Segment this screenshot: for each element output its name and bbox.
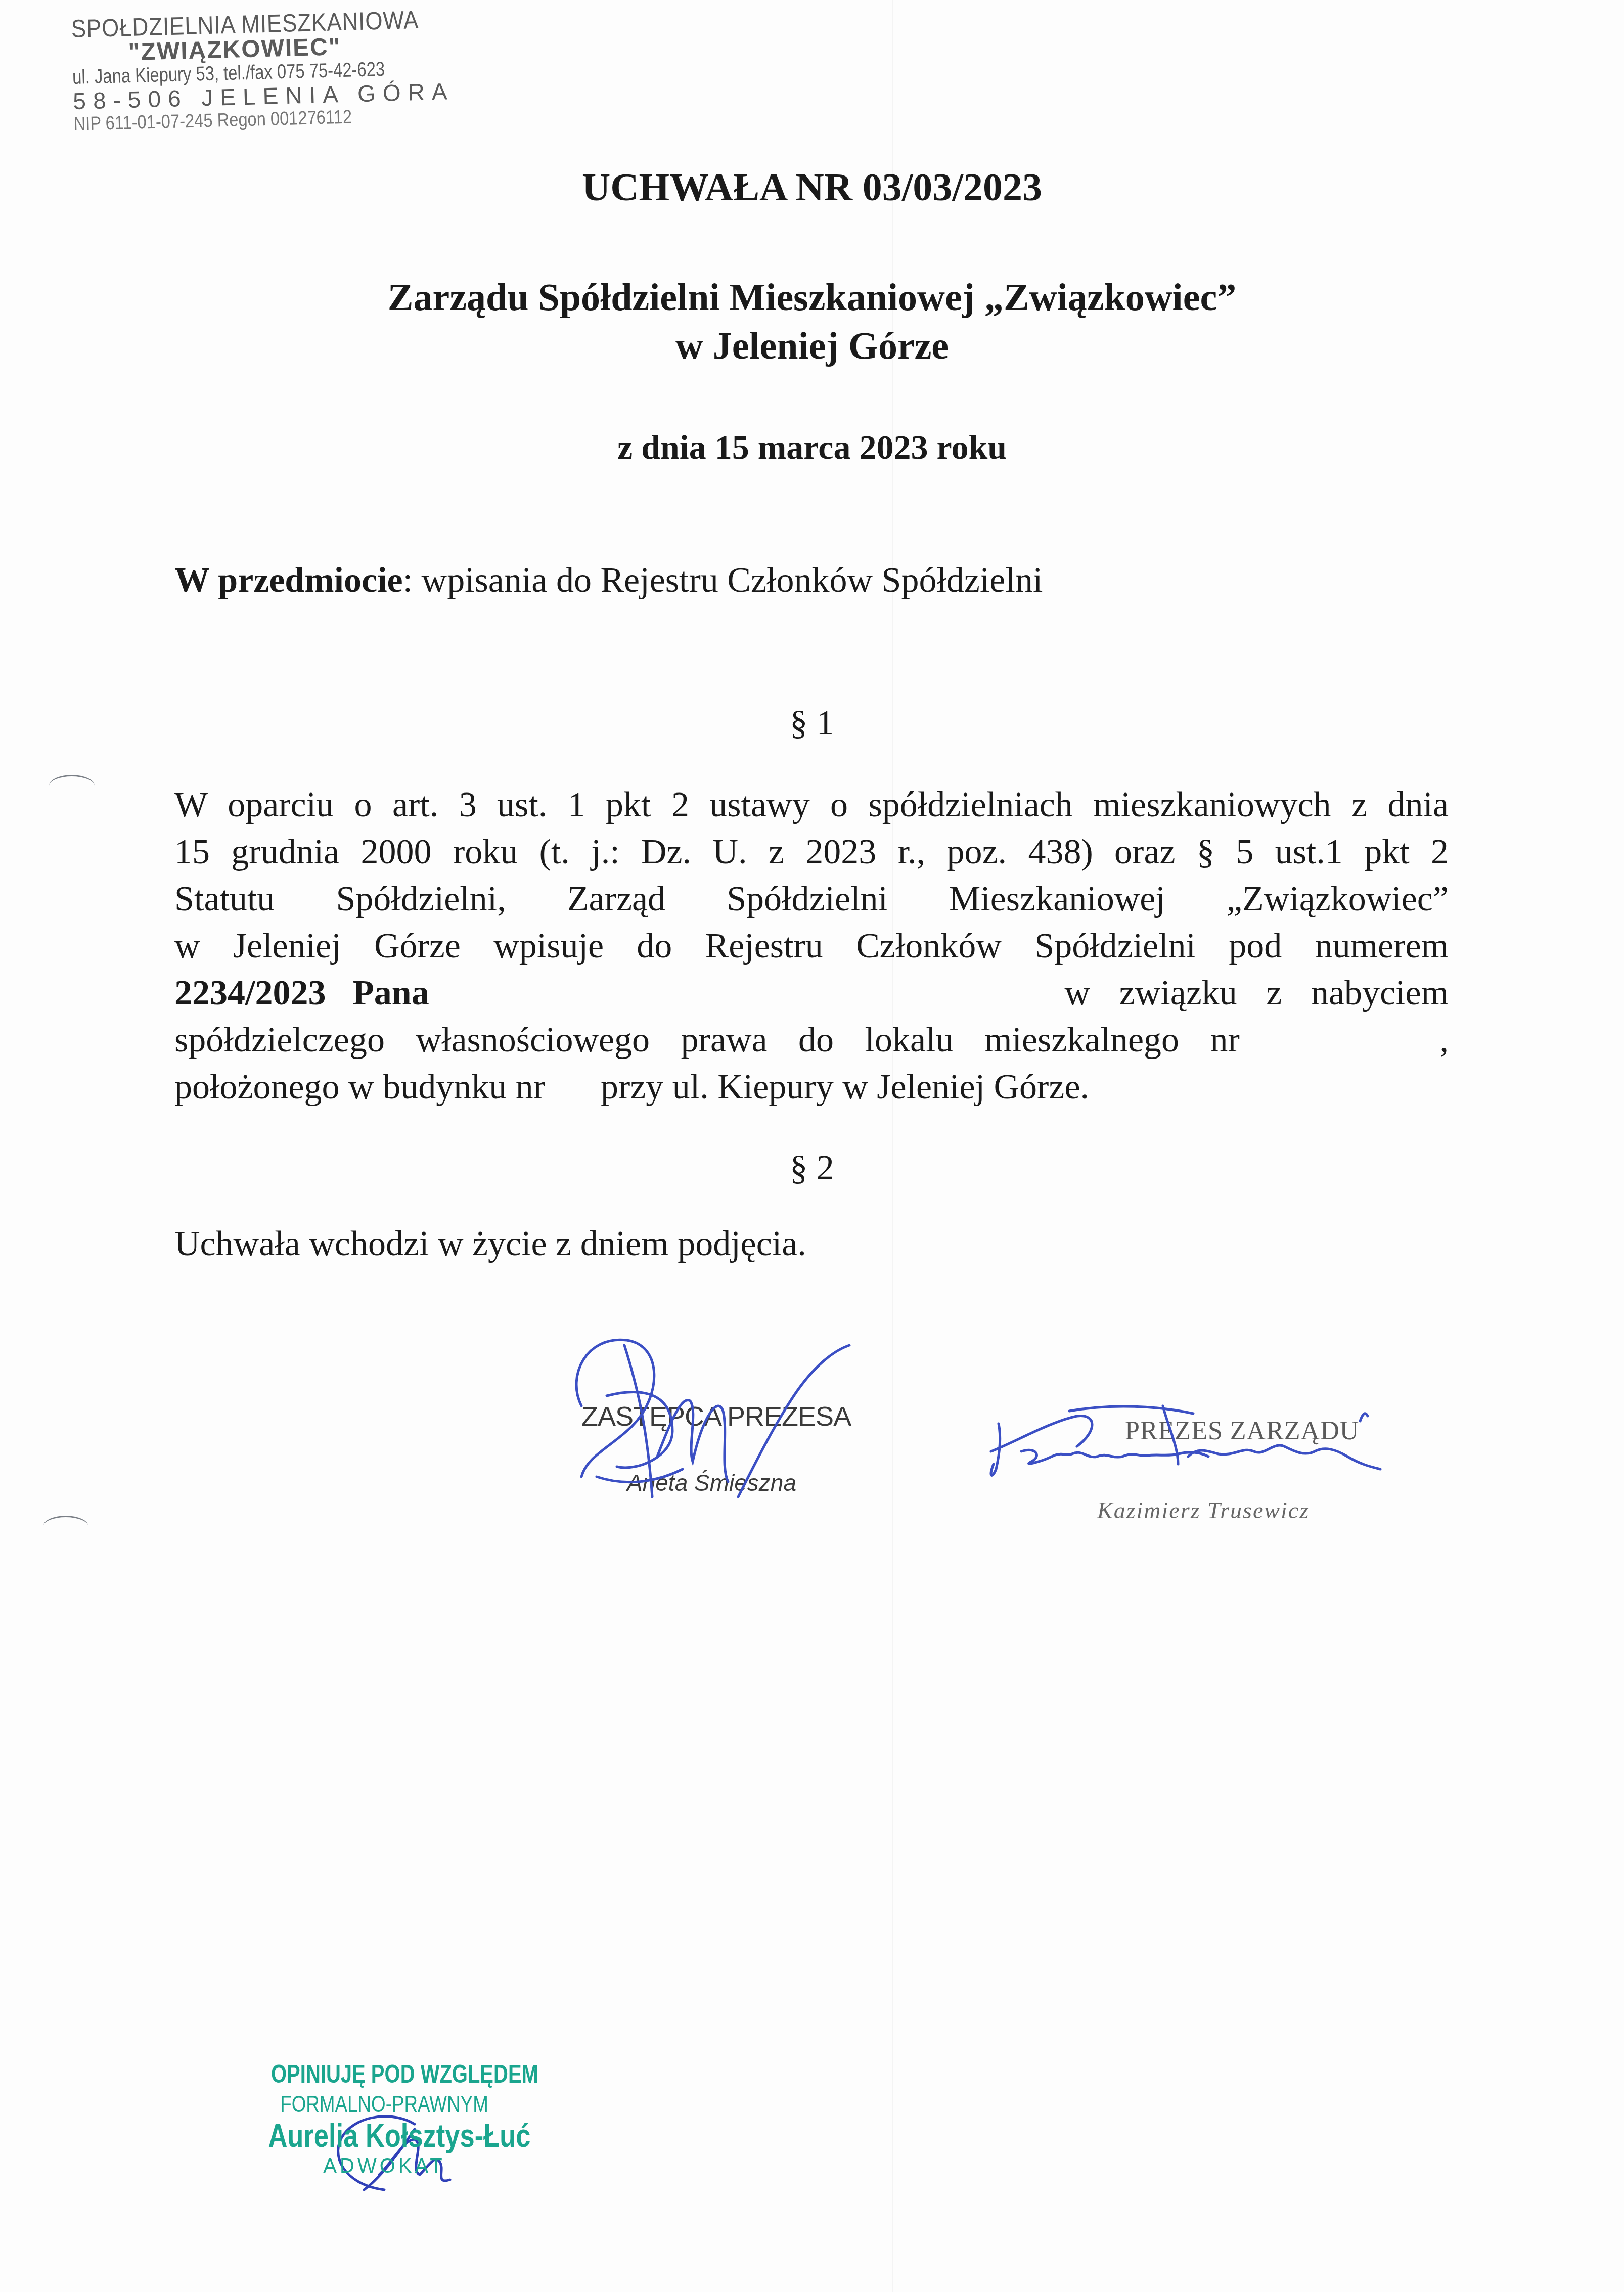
street-text: przy ul. Kiepury w Jeleniej Górze.: [601, 1068, 1089, 1107]
section-1-line: Statutu Spółdzielni, Zarząd Spółdzielni …: [174, 875, 1449, 922]
member-id-group: 2234/2023 Pana: [174, 969, 429, 1017]
unit-comma: ,: [1440, 1017, 1449, 1064]
legal-approval-stamp: OPINIUJĘ POD WZGLĘDEM FORMALNO-PRAWNYM A…: [243, 2058, 526, 2179]
issuer-line-2: w Jeleniej Górze: [0, 322, 1624, 370]
issuer-line-1: Zarządu Spółdzielni Mieszkaniowej „Związ…: [0, 273, 1624, 322]
section-1-body: W oparciu o art. 3 ust. 1 pkt 2 ustawy o…: [174, 781, 1449, 1111]
resolution-title: UCHWAŁA NR 03/03/2023: [0, 164, 1624, 210]
punch-hole-mark: [43, 1516, 88, 1537]
section-1-line: w Jeleniej Górze wpisuje do Rejestru Czł…: [174, 922, 1449, 969]
acquisition-text: w związku z nabyciem: [1065, 969, 1449, 1017]
building-text: położonego w budynku nr: [174, 1068, 545, 1107]
member-number: 2234/2023: [174, 974, 326, 1012]
deputy-president-title: ZASTĘPCA PREZESA: [581, 1401, 851, 1432]
legal-stamp-lawyer-name: Aurelia Kołsztys-Łuć: [268, 2118, 500, 2153]
legal-stamp-title: ADWOKAT: [243, 2153, 526, 2179]
section-2-body: Uchwała wchodzi w życie z dniem podjęcia…: [174, 1224, 806, 1264]
section-1-line: W oparciu o art. 3 ust. 1 pkt 2 ustawy o…: [174, 781, 1449, 828]
president-name: Kazimierz Trusewicz: [1097, 1497, 1310, 1524]
section-1-line-member: 2234/2023 Pana w związku z nabyciem: [174, 969, 1449, 1017]
resolution-issuer: Zarządu Spółdzielni Mieszkaniowej „Związ…: [0, 273, 1624, 370]
member-honorific: Pana: [352, 974, 429, 1012]
legal-stamp-line-1: OPINIUJĘ POD WZGLĘDEM: [271, 2058, 498, 2090]
unit-text: spółdzielczego własnościowego prawa do l…: [174, 1017, 1240, 1064]
deputy-president-name: Aneta Śmieszna: [627, 1469, 796, 1496]
resolution-subject: W przedmiocie: wpisania do Rejestru Czło…: [174, 560, 1043, 601]
acquisition-phrase: w związku z nabyciem: [1065, 969, 1449, 1017]
section-1-line-unit: spółdzielczego własnościowego prawa do l…: [174, 1017, 1449, 1064]
company-stamp: SPOŁDZIELNIA MIESZKANIOWA "ZWIĄZKOWIEC" …: [71, 6, 438, 136]
section-1-mark: § 1: [0, 703, 1624, 743]
punch-hole-mark: [49, 775, 95, 797]
section-2-mark: § 2: [0, 1148, 1624, 1188]
president-title: PREZES ZARZĄDU: [1125, 1416, 1359, 1446]
subject-label: W przedmiocie: [174, 561, 403, 600]
resolution-date: z dnia 15 marca 2023 roku: [0, 427, 1624, 467]
legal-stamp-line-2: FORMALNO-PRAWNYM: [271, 2090, 498, 2118]
section-1-line: 15 grudnia 2000 roku (t. j.: Dz. U. z 20…: [174, 828, 1449, 875]
subject-text: : wpisania do Rejestru Członków Spółdzie…: [403, 561, 1043, 600]
section-1-line-building: położonego w budynku nrprzy ul. Kiepury …: [174, 1064, 1449, 1111]
